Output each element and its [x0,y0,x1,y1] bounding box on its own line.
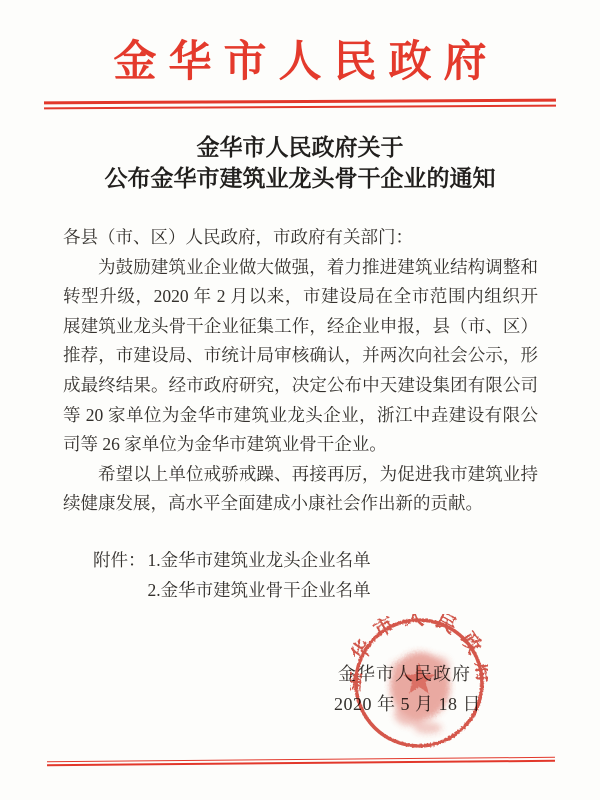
body-paragraph-2: 希望以上单位戒骄戒躁、再接再厉，为促进我市建筑业持续健康发展，高水平全面建成小康… [63,460,538,519]
official-seal: 金华市人民政府 [350,614,488,752]
attachment-item-2: 2.金华市建筑业骨干企业名单 [148,575,371,605]
seal-ink-blotches [390,652,450,734]
document-title-line1: 金华市人民政府关于 [0,132,600,163]
salutation: 各县（市、区）人民政府，市政府有关部门： [63,223,538,253]
document-title: 金华市人民政府关于 公布金华市建筑业龙头骨干企业的通知 [0,132,600,194]
attachment-label: 附件： [93,545,146,605]
letterhead-divider [44,99,556,110]
letterhead-title: 金华市人民政府 [0,0,600,92]
attachment-items: 1.金华市建筑业龙头企业名单 2.金华市建筑业骨干企业名单 [148,545,371,605]
body-paragraph-1: 为鼓励建筑业企业做大做强，着力推进建筑业结构调整和转型升级，2020 年 2 月… [63,253,538,460]
bottom-divider [47,757,555,766]
document-title-line2: 公布金华市建筑业龙头骨干企业的通知 [0,163,600,194]
attachment-item-1: 1.金华市建筑业龙头企业名单 [148,545,371,575]
attachment-block: 附件： 1.金华市建筑业龙头企业名单 2.金华市建筑业骨干企业名单 [93,545,600,605]
document-body: 各县（市、区）人民政府，市政府有关部门： 为鼓励建筑业企业做大做强，着力推进建筑… [63,223,538,519]
document-page: 金华市人民政府 金华市人民政府关于 公布金华市建筑业龙头骨干企业的通知 各县（市… [0,0,600,800]
